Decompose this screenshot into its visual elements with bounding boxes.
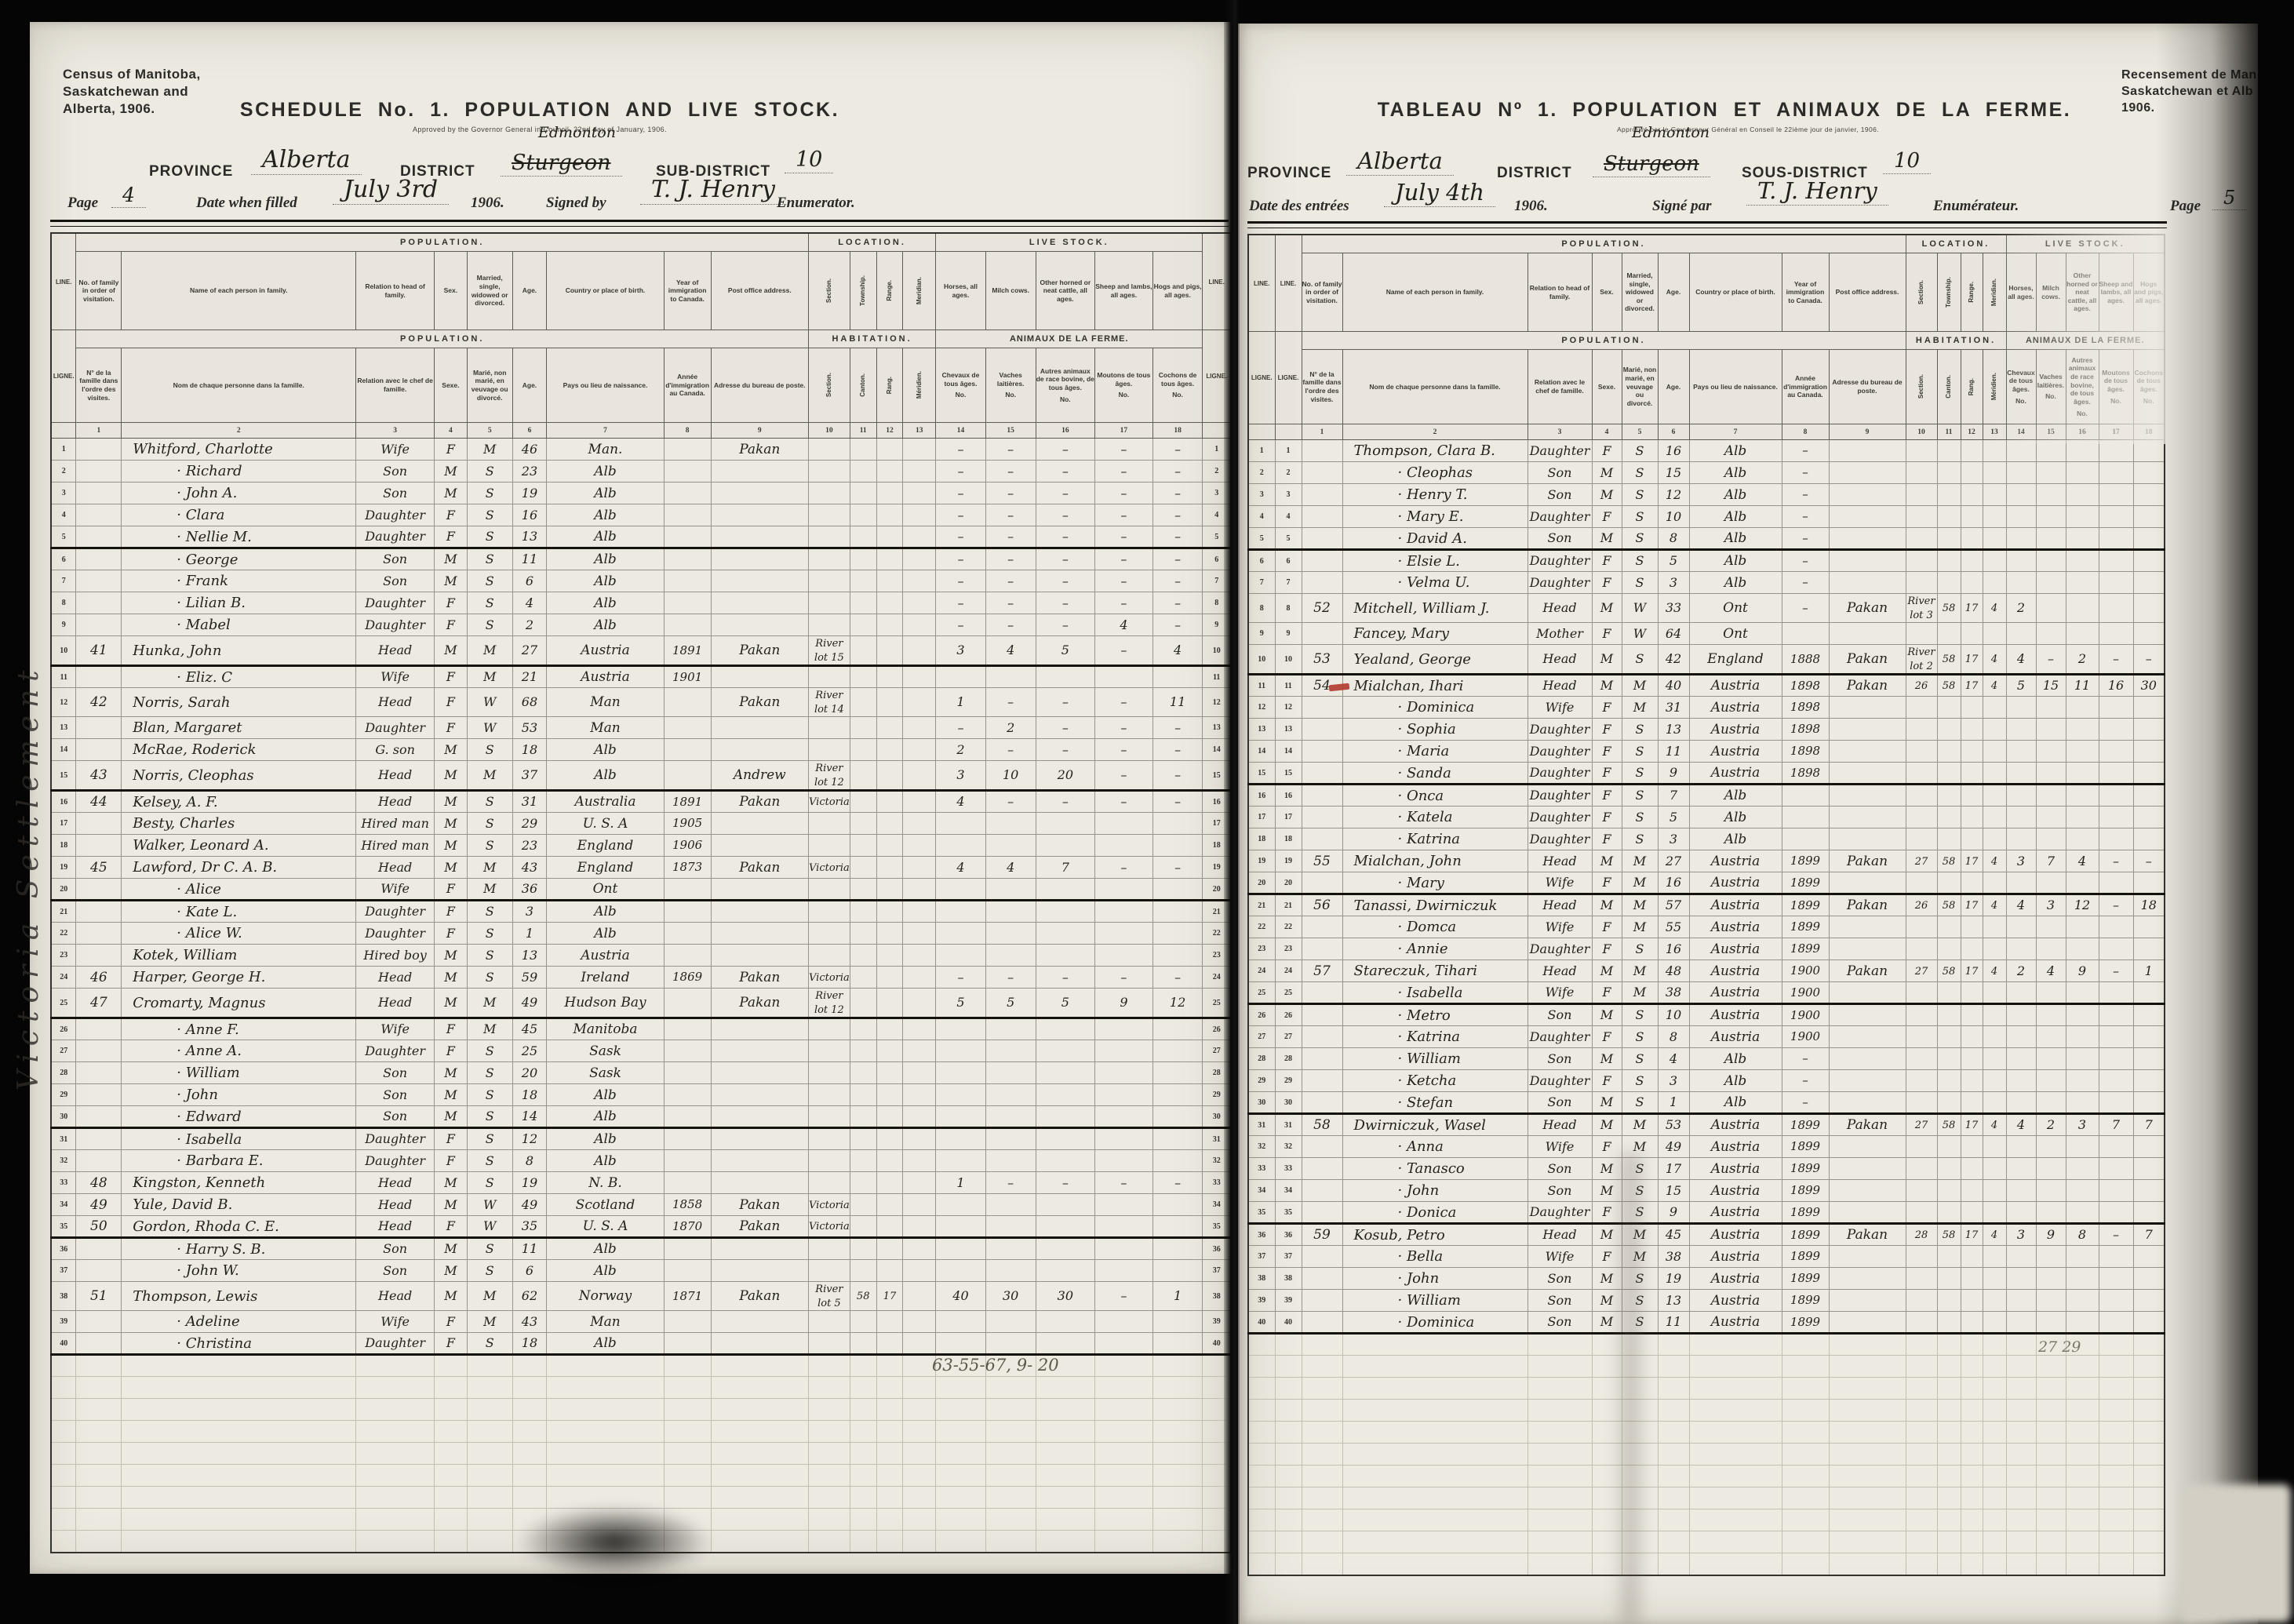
cell-rge: 17 — [1961, 1224, 1983, 1246]
cell-rel: Daughter — [1528, 550, 1592, 572]
cell-rge — [876, 439, 903, 461]
cell-name: · Kate L. — [122, 901, 356, 923]
cell-rel: Son — [356, 1106, 435, 1128]
line-number: 2 — [1275, 462, 1302, 484]
cell-h3 — [2066, 982, 2099, 1004]
line-number: 30 — [51, 1106, 76, 1128]
cell-mar: S — [1622, 1070, 1658, 1092]
cell-rel: Son — [356, 1062, 435, 1084]
cell-mar: M — [467, 989, 512, 1018]
cell-h1 — [936, 1311, 986, 1333]
cell-fam — [1302, 1202, 1342, 1224]
line-number: 33 — [1275, 1158, 1302, 1180]
cell-yr: 1858 — [664, 1194, 711, 1216]
cell-birth: Alb — [547, 461, 664, 482]
cell-po — [1829, 1092, 1906, 1114]
cell-h1 — [936, 666, 986, 688]
table-row: 2547Cromarty, MagnusHeadMM49Hudson BayPa… — [51, 989, 1231, 1018]
cell-age: 53 — [512, 717, 547, 739]
cell-name: Lawford, Dr C. A. B. — [122, 857, 356, 879]
cell-mer — [903, 1333, 936, 1355]
cell-h2: 7 — [2036, 850, 2066, 872]
cell-age: 3 — [1658, 572, 1689, 594]
cell-age: 6 — [512, 570, 547, 592]
table-row: 36· Harry S. B.SonMS11Alb36 — [51, 1238, 1231, 1260]
cell-h3 — [2066, 594, 2099, 623]
table-row: 1515· SandaDaughterFS9Austria1898 — [1248, 763, 2165, 785]
cell-h3 — [1036, 923, 1095, 945]
cell-rge — [876, 835, 903, 857]
cell-h1: 1 — [936, 1172, 986, 1194]
cell-sec — [1906, 872, 1937, 894]
cell-yr: 1899 — [1782, 1136, 1829, 1158]
cell-yr — [1782, 828, 1829, 850]
column-header-fr-location: Canton. — [1937, 350, 1961, 424]
cell-h1: 4 — [2006, 894, 2036, 916]
cell-h2: – — [985, 614, 1036, 636]
ligne-column-header: LIGNE. — [1275, 332, 1302, 424]
cell-rel: Daughter — [356, 504, 435, 526]
cell-mer — [903, 1194, 936, 1216]
line-number: 23 — [1275, 938, 1302, 960]
cell-fam — [76, 1128, 122, 1150]
cell-rel: Son — [356, 570, 435, 592]
cell-age: 15 — [1658, 462, 1689, 484]
cell-fam — [76, 592, 122, 614]
table-row: 1717· KatelaDaughterFS5Alb — [1248, 807, 2165, 828]
line-number: 38 — [51, 1282, 76, 1311]
pencil-tally-note: 63-55-67, 9- 20 — [932, 1356, 1059, 1375]
cell-fam — [1302, 1246, 1342, 1268]
cell-birth: Austria — [547, 666, 664, 688]
cell-po — [711, 879, 808, 901]
cell-po — [711, 1018, 808, 1040]
cell-po — [1829, 741, 1906, 763]
cell-sec — [809, 1238, 850, 1260]
cell-po: Pakan — [711, 1194, 808, 1216]
cell-po — [711, 548, 808, 570]
cell-h1 — [2006, 484, 2036, 506]
cell-name: · Annie — [1342, 938, 1528, 960]
cell-po: Pakan — [711, 989, 808, 1018]
cell-birth: Alb — [547, 570, 664, 592]
cell-yr: 1901 — [664, 666, 711, 688]
cell-twp — [1937, 697, 1961, 719]
cell-fam — [76, 1311, 122, 1333]
blank-ruled-row — [1248, 1487, 2165, 1509]
line-number: 32 — [1248, 1136, 1275, 1158]
district-correction: Edmonton — [538, 124, 616, 141]
cell-birth: Ont — [1689, 623, 1782, 645]
cell-h1 — [936, 1128, 986, 1150]
cell-name: · Tanasco — [1342, 1158, 1528, 1180]
cell-h1: 40 — [936, 1282, 986, 1311]
cell-po — [711, 1238, 808, 1260]
cell-rge — [876, 1040, 903, 1062]
cell-h2: – — [985, 967, 1036, 989]
cell-fam — [1302, 484, 1342, 506]
cell-sec: 27 — [1906, 1114, 1937, 1136]
cell-h1 — [2006, 462, 2036, 484]
cell-twp: 58 — [1937, 1224, 1961, 1246]
cell-po — [711, 504, 808, 526]
cell-mer — [1983, 916, 2006, 938]
cell-sex: F — [1592, 697, 1622, 719]
cell-h3: – — [1036, 548, 1095, 570]
cell-h1 — [936, 879, 986, 901]
cell-yr: 1899 — [1782, 1268, 1829, 1290]
cell-po: Pakan — [711, 967, 808, 989]
cell-sex: F — [435, 592, 468, 614]
cell-fam: 51 — [76, 1282, 122, 1311]
cell-mer — [903, 791, 936, 813]
cell-rge — [1961, 1092, 1983, 1114]
cell-rge — [1961, 1312, 1983, 1334]
cell-mar: W — [1622, 623, 1658, 645]
cell-name: Mialchan, Ihari — [1342, 675, 1528, 697]
cell-name: · William — [122, 1062, 356, 1084]
cell-mer — [903, 1172, 936, 1194]
cell-age: 6 — [512, 1260, 547, 1282]
cell-h3 — [1036, 1018, 1095, 1040]
table-row: 4040· DominicaSonMS11Austria1899 — [1248, 1312, 2165, 1334]
cell-h1 — [2006, 1202, 2036, 1224]
cell-yr — [664, 548, 711, 570]
line-number: 3 — [51, 482, 76, 504]
population-band-fr: POPULATION. — [1302, 332, 1906, 350]
table-row: 111154Mialchan, IhariHeadMM40Austria1898… — [1248, 675, 2165, 697]
cell-h5: – — [1152, 739, 1203, 761]
cell-h2 — [985, 1062, 1036, 1084]
cell-mar: S — [467, 504, 512, 526]
table-row: 11· Eliz. CWifeFM21Austria190111 — [51, 666, 1231, 688]
cell-po — [711, 1311, 808, 1333]
cell-twp — [850, 439, 876, 461]
cell-sec — [1906, 1158, 1937, 1180]
cell-age: 46 — [512, 439, 547, 461]
column-number: 11 — [1937, 424, 1961, 440]
line-number: 21 — [1248, 894, 1275, 916]
cell-mer — [1983, 1246, 2006, 1268]
cell-mar: S — [1622, 645, 1658, 675]
cell-h2 — [2036, 1312, 2066, 1334]
cell-rel: Son — [1528, 1268, 1592, 1290]
cell-h1 — [936, 1150, 986, 1172]
cell-h2: – — [985, 548, 1036, 570]
line-number: 14 — [51, 739, 76, 761]
cell-h1 — [2006, 1070, 2036, 1092]
cell-rge — [876, 1128, 903, 1150]
cell-name: · Isabella — [1342, 982, 1528, 1004]
cell-h1 — [2006, 1048, 2036, 1070]
cell-sex: M — [1592, 960, 1622, 982]
cell-birth: Austria — [1689, 1246, 1782, 1268]
cell-name: Stareczuk, Tihari — [1342, 960, 1528, 982]
cell-rel: Son — [356, 461, 435, 482]
cell-h2 — [2036, 623, 2066, 645]
cell-mar: S — [467, 482, 512, 504]
cell-h2: 2 — [2036, 1114, 2066, 1136]
cell-h2 — [2036, 594, 2066, 623]
cell-h4 — [2099, 872, 2133, 894]
cell-mar: S — [1622, 572, 1658, 594]
cell-sec — [809, 1150, 850, 1172]
cell-po — [1829, 1246, 1906, 1268]
cell-mer — [903, 739, 936, 761]
cell-po: Pakan — [1829, 1224, 1906, 1246]
cell-po: Pakan — [711, 688, 808, 717]
cell-name: · Nellie M. — [122, 526, 356, 548]
cell-h5 — [1152, 835, 1203, 857]
cell-fam — [1302, 462, 1342, 484]
cell-name: · Sophia — [1342, 719, 1528, 741]
cell-mer — [903, 901, 936, 923]
cell-h2 — [2036, 872, 2066, 894]
cell-yr — [664, 688, 711, 717]
census-title-line: Census of Manitoba, — [63, 66, 282, 83]
cell-h2: 9 — [2036, 1224, 2066, 1246]
cell-age: 11 — [1658, 741, 1689, 763]
cell-rel: Head — [356, 1216, 435, 1238]
cell-h2 — [2036, 1268, 2066, 1290]
cell-mer — [903, 1260, 936, 1282]
table-row: 242457Stareczuk, TihariHeadMM48Austria19… — [1248, 960, 2165, 982]
line-number: 39 — [1275, 1290, 1302, 1312]
cell-fam — [76, 1333, 122, 1355]
blank-ruled-row — [51, 1487, 1231, 1509]
cell-birth: Alb — [547, 592, 664, 614]
cell-sex: M — [1592, 1158, 1622, 1180]
table-row: 31· IsabellaDaughterFS12Alb31 — [51, 1128, 1231, 1150]
cell-po — [1829, 1268, 1906, 1290]
cell-sec — [809, 813, 850, 835]
cell-birth: Alb — [1689, 1092, 1782, 1114]
cell-h5 — [1152, 1150, 1203, 1172]
date-filled-value: July 3rd — [333, 176, 449, 205]
cell-birth: Alb — [1689, 528, 1782, 550]
cell-sex: F — [1592, 741, 1622, 763]
livestock-band: LIVE STOCK. — [936, 233, 1203, 252]
cell-name: Walker, Leonard A. — [122, 835, 356, 857]
table-row: 32· Barbara E.DaughterFS8Alb32 — [51, 1150, 1231, 1172]
cell-mer — [903, 688, 936, 717]
line-number: 13 — [1275, 719, 1302, 741]
cell-h3 — [1036, 1106, 1095, 1128]
cell-name: · Harry S. B. — [122, 1238, 356, 1260]
cell-mer — [1983, 1202, 2006, 1224]
cell-mer — [1983, 1268, 2006, 1290]
cell-age: 13 — [1658, 719, 1689, 741]
cell-h3: – — [1036, 439, 1095, 461]
column-header-age: Age. — [512, 252, 547, 330]
cell-yr — [664, 1311, 711, 1333]
cell-h4 — [2099, 1070, 2133, 1092]
cell-fam — [76, 526, 122, 548]
cell-rel: Daughter — [1528, 1202, 1592, 1224]
cell-mar: S — [467, 1128, 512, 1150]
cell-sex: M — [1592, 1224, 1622, 1246]
cell-h1 — [936, 901, 986, 923]
cell-birth: Austria — [1689, 675, 1782, 697]
cell-h5: – — [1152, 717, 1203, 739]
cell-h1: 1 — [936, 688, 986, 717]
cell-mer — [903, 835, 936, 857]
column-header-rel: Relation to head of family. — [356, 252, 435, 330]
column-number: 2 — [1342, 424, 1528, 440]
cell-twp — [1937, 763, 1961, 785]
cell-sec — [809, 717, 850, 739]
table-row: 3449Yule, David B.HeadMW49Scotland1858Pa… — [51, 1194, 1231, 1216]
cell-twp — [1937, 807, 1961, 828]
line-number: 8 — [51, 592, 76, 614]
cell-yr: 1898 — [1782, 697, 1829, 719]
cell-h5 — [1152, 1084, 1203, 1106]
cell-mer — [903, 923, 936, 945]
table-row: 9· MabelDaughterFS2Alb–––4–9 — [51, 614, 1231, 636]
column-header-livestock: Hogs and pigs, all ages. — [1152, 252, 1203, 330]
cell-rel: Son — [356, 482, 435, 504]
cell-twp — [1937, 572, 1961, 594]
cell-mer — [903, 636, 936, 666]
cell-age: 40 — [1658, 675, 1689, 697]
cell-sex: M — [1592, 1290, 1622, 1312]
cell-twp — [1937, 1004, 1961, 1026]
line-column-header: LINE. — [1275, 235, 1302, 332]
column-header-fr-rel: Relation avec le chef de famille. — [1528, 350, 1592, 424]
cell-mar: S — [1622, 719, 1658, 741]
line-number: 40 — [1248, 1312, 1275, 1334]
cell-h5: – — [1152, 439, 1203, 461]
column-header-po: Post office address. — [711, 252, 808, 330]
line-number: 36 — [51, 1238, 76, 1260]
cell-h3: 12 — [2066, 894, 2099, 916]
cell-rel: Wife — [1528, 697, 1592, 719]
cell-h5 — [1152, 1238, 1203, 1260]
cell-rel: Head — [1528, 850, 1592, 872]
cell-birth: Austria — [1689, 1268, 1782, 1290]
cell-rge — [1961, 741, 1983, 763]
cell-twp: 58 — [1937, 894, 1961, 916]
cell-rel: Daughter — [356, 1333, 435, 1355]
cell-sec: Victoria — [809, 967, 850, 989]
cell-sec — [1906, 938, 1937, 960]
cell-age: 23 — [512, 461, 547, 482]
cell-age: 25 — [512, 1040, 547, 1062]
cell-rel: Daughter — [356, 923, 435, 945]
cell-mer — [903, 945, 936, 967]
cell-mer — [1983, 484, 2006, 506]
cell-po — [1829, 872, 1906, 894]
cell-age: 16 — [1658, 872, 1689, 894]
column-number: 8 — [664, 423, 711, 439]
table-row: 2323· AnnieDaughterFS16Austria1899 — [1248, 938, 2165, 960]
cell-yr: 1900 — [1782, 982, 1829, 1004]
cell-name: Mitchell, William J. — [1342, 594, 1528, 623]
cell-sec — [809, 614, 850, 636]
column-header-location: Range. — [1961, 253, 1983, 332]
cell-age: 12 — [1658, 484, 1689, 506]
cell-yr: 1899 — [1782, 1246, 1829, 1268]
blank-ruled-row — [1248, 1378, 2165, 1400]
table-row: 191955Mialchan, JohnHeadMM27Austria1899P… — [1248, 850, 2165, 872]
cell-h2 — [985, 901, 1036, 923]
cell-name: · Katrina — [1342, 828, 1528, 850]
cell-yr: 1899 — [1782, 1114, 1829, 1136]
cell-po: Pakan — [711, 439, 808, 461]
cell-fam — [76, 1062, 122, 1084]
cell-fam — [1302, 1004, 1342, 1026]
cell-fam — [76, 835, 122, 857]
cell-sec — [809, 1260, 850, 1282]
cell-fam: 46 — [76, 967, 122, 989]
cell-h3 — [1036, 813, 1095, 835]
cell-h1 — [936, 835, 986, 857]
line-number: 38 — [1275, 1268, 1302, 1290]
cell-rel: Son — [356, 1238, 435, 1260]
cell-fam — [1302, 807, 1342, 828]
cell-yr — [664, 989, 711, 1018]
cell-age: 33 — [1658, 594, 1689, 623]
cell-sex: F — [435, 1311, 468, 1333]
line-number: 12 — [1248, 697, 1275, 719]
cell-yr: 1899 — [1782, 916, 1829, 938]
cell-h1 — [936, 1238, 986, 1260]
cell-sec — [809, 901, 850, 923]
cell-po — [1829, 828, 1906, 850]
column-header-location: Section. — [809, 252, 850, 330]
cell-h1 — [2006, 1158, 2036, 1180]
cell-mer — [1983, 528, 2006, 550]
cell-po — [711, 945, 808, 967]
cell-h4 — [2099, 528, 2133, 550]
cell-yr: 1899 — [1782, 1158, 1829, 1180]
cell-h2 — [2036, 1246, 2066, 1268]
column-header-fr-age: Age. — [1658, 350, 1689, 424]
cell-rel: Son — [1528, 1158, 1592, 1180]
cell-birth: Alb — [1689, 550, 1782, 572]
cell-birth: Ireland — [547, 967, 664, 989]
cell-mer — [1983, 1026, 2006, 1048]
cell-yr — [664, 1018, 711, 1040]
cell-po — [1829, 763, 1906, 785]
line-number: 28 — [1275, 1048, 1302, 1070]
line-number: 21 — [1275, 894, 1302, 916]
cell-rge — [876, 504, 903, 526]
cell-fam — [1302, 719, 1342, 741]
cell-sex: M — [435, 570, 468, 592]
cell-h5 — [1152, 1216, 1203, 1238]
blank-ruled-row — [51, 1421, 1231, 1443]
cell-sec — [1906, 1026, 1937, 1048]
column-number: 9 — [1829, 424, 1906, 440]
cell-sex: F — [435, 901, 468, 923]
cell-mar: W — [467, 688, 512, 717]
cell-po — [1829, 697, 1906, 719]
cell-yr — [664, 1040, 711, 1062]
cell-po: Pakan — [1829, 675, 1906, 697]
cell-age: 4 — [1658, 1048, 1689, 1070]
cell-mar: S — [467, 791, 512, 813]
cell-twp — [850, 1172, 876, 1194]
cell-twp — [850, 504, 876, 526]
cell-rge — [1961, 1048, 1983, 1070]
cell-birth: Austria — [1689, 1180, 1782, 1202]
cell-rel: Daughter — [356, 1040, 435, 1062]
cell-yr — [664, 1084, 711, 1106]
column-header-fr-name: Nom de chaque personne dans la famille. — [122, 348, 356, 423]
cell-fam — [76, 901, 122, 923]
table-body: 11Thompson, Clara B.DaughterFS16Alb–22· … — [1248, 440, 2165, 1575]
